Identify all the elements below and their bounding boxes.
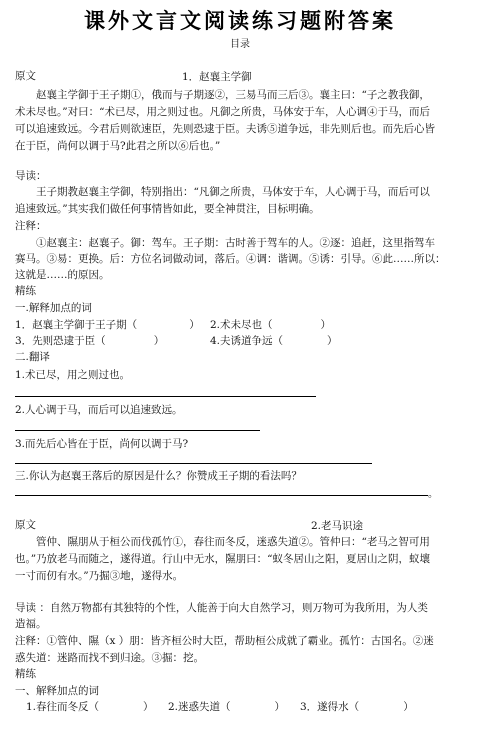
section1-guide-line: 追速致远。”其实我们做任何事情皆如此，要全神贯注，目标明确。: [15, 202, 320, 216]
answer-line[interactable]: [15, 396, 316, 397]
section1-text-line: 在于臣，尚何以调于马?此君之所以⑥后也。”: [15, 139, 220, 153]
section1-text-line: 赵襄主学御于王子期①，俄而与子期逐②，三易马而三后③。襄主曰：“子之教我御，: [15, 88, 430, 102]
section2-note-line: 惑失道：迷路而找不到归途。③掘：挖。: [15, 651, 204, 665]
section1-guide-label: 导读：: [15, 169, 47, 183]
section1-part2-label: 二.翻译: [15, 350, 50, 364]
translate-item-2: 2.人心调于马，而后可以追速致远。: [15, 403, 183, 417]
section1-question-4: 4.夫诱道争远（）: [210, 334, 338, 348]
close-paren: ）: [321, 319, 332, 331]
question-number: 4.: [210, 335, 220, 347]
section2-heading: 2.老马识途: [311, 518, 363, 533]
close-paren: ）: [275, 701, 286, 713]
close-paren: ）: [143, 701, 154, 713]
toc-label: 目录: [0, 35, 480, 50]
answer-line[interactable]: [15, 495, 428, 496]
section1-note-line: 赛马。③易：更换。后：方位名词做动词，落后。④调：谐调。⑤诱：引导。⑥此……所以…: [15, 252, 446, 266]
document-title: 课外文言文阅读练习题附答案: [0, 5, 480, 35]
question-number: 3．: [15, 335, 32, 347]
section1-question-1: 1．赵襄主学御于王子期（）: [15, 318, 200, 332]
question-text: 赵襄主学御于王子期（: [32, 319, 137, 331]
section2-practice-label: 精练: [15, 667, 36, 681]
section1-notes-label: 注释：: [15, 219, 47, 233]
section1-note-line: ①赵襄主：赵襄子。御：驾车。王子期：古时善于驾车的人。②逐：追赶，这里指驾车: [15, 236, 435, 250]
section1-note-line: 这就是……的原因。: [15, 268, 110, 282]
close-paren: ）: [154, 335, 165, 347]
question-text: 3．遂得水（: [300, 701, 359, 713]
section1-guide-line: 王子期教赵襄主学御，特别指出：“凡御之所贵，马体安于车，人心调于马，而后可以: [15, 185, 430, 199]
section1-heading: 1．赵襄主学御: [182, 69, 252, 84]
question-text: 2.迷惑失道（: [168, 701, 231, 713]
section2-note-line: 注释：①管仲、隰（x ）朋：皆齐桓公时大臣，帮助桓公成就了霸业。孤竹：古国名。②…: [15, 634, 434, 648]
section2-part1-label: 一、解释加点的词: [15, 684, 99, 698]
section2-guide-line: 导读 ：自然万物都有其独特的个性，人能善于向大自然学习，则万物可为我所用，为人类: [15, 601, 428, 615]
section2-question-2: 2.迷惑失道（）: [168, 700, 285, 714]
close-paren: ）: [403, 701, 414, 713]
question-number: 1．: [15, 319, 32, 331]
section2-guide-line: 造福。: [15, 617, 47, 631]
end-period: 。: [428, 485, 438, 500]
close-paren: ）: [327, 335, 338, 347]
section1-text-line: 术未尽也。”对曰：“术已尽，用之则过也。凡御之所贵，马体安于车，人心调④于马，而…: [15, 105, 430, 119]
section1-question-2: 2.术未尽也（）: [210, 318, 331, 332]
answer-line[interactable]: [15, 430, 260, 431]
translate-item-1: 1.术已尽，用之则过也。: [15, 368, 130, 382]
question-text: 先则恐逮于臣（: [32, 335, 106, 347]
section2-text-line: 一寸而仞有水。”乃掘③地，遂得水。: [15, 569, 183, 583]
close-paren: ）: [189, 319, 200, 331]
translate-item-3: 3.而先后心皆在于臣，尚何以调于马?: [15, 437, 188, 451]
question-number: 2.: [210, 319, 220, 331]
section1-question-3: 3．先则恐逮于臣（）: [15, 334, 164, 348]
section2-left-label: 原文: [15, 518, 36, 532]
section1-practice-label: 精练: [15, 284, 36, 298]
section2-text-line: 管仲、隰朋从于桓公而伐孤竹①，春往而冬反，迷惑失道②。管仲曰：“老马之智可用: [15, 535, 430, 549]
section2-text-line: 也。”乃放老马而随之，遂得道。行山中无水，隰朋曰：“蚁冬居山之阳，夏居山之阴，蚁…: [15, 552, 430, 566]
question-text: 1.春往而冬反（: [26, 701, 99, 713]
answer-line[interactable]: [15, 463, 372, 464]
section2-question-3: 3．遂得水（）: [300, 700, 414, 714]
section1-left-label: 原文: [15, 69, 36, 83]
section2-question-1: 1.春往而冬反（）: [26, 700, 154, 714]
section1-text-line: 可以追速致远。今君后则欲速臣，先则恐逮于臣。夫诱⑤道争远，非先则后也。而先后心皆: [15, 122, 435, 136]
question-text: 术未尽也（: [220, 319, 273, 331]
document-page: 课外文言文阅读练习题附答案 目录 原文 1．赵襄主学御 赵襄主学御于王子期①，俄…: [0, 0, 480, 737]
question-text: 夫诱道争远（: [220, 335, 283, 347]
section1-part3-question: 三.你认为赵襄王落后的原因是什么？你赞成王子期的看法吗？: [15, 469, 302, 483]
section1-part1-label: 一.解释加点的词: [15, 301, 92, 315]
